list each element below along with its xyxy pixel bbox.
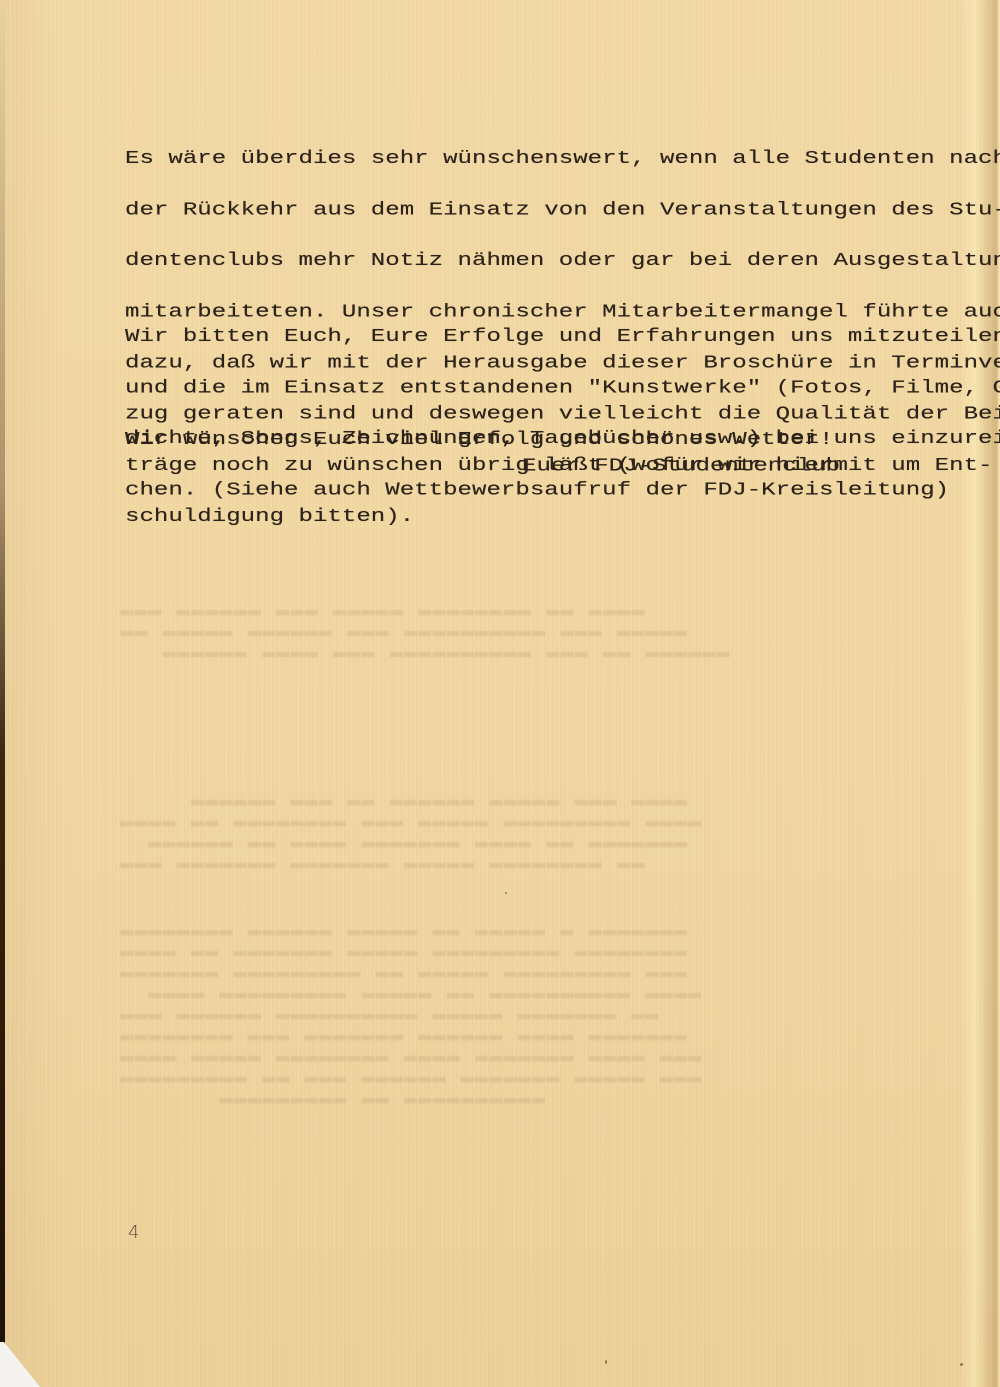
text-line: chen. (Siehe auch Wettbewerbsaufruf der … [125,483,1000,503]
bleed-through-text-upper: ▬▬▬ ▬▬▬▬▬▬ ▬▬▬ ▬▬▬▬▬ ▬▬▬▬▬▬▬▬ ▬▬ ▬▬▬▬ ▬▬… [120,600,890,690]
signature: Euer FDJ-Studentenclub [522,459,840,475]
paper-speck [960,1363,963,1366]
text-line: Wir bitten Euch, Eure Erfolge und Erfahr… [125,329,1000,349]
document-page: ▬▬▬ ▬▬▬▬▬▬ ▬▬▬ ▬▬▬▬▬ ▬▬▬▬▬▬▬▬ ▬▬ ▬▬▬▬ ▬▬… [0,0,1000,1387]
page-number: 4 [128,1222,139,1243]
text-line: Wir wünschen Euch viel Erfolg und schöne… [125,432,833,452]
text-line: dentenclubs mehr Notiz nähmen oder gar b… [125,254,1000,274]
paper-speck [605,1360,607,1364]
text-line: Es wäre überdies sehr wünschenswert, wen… [125,151,1000,171]
text-line: und die im Einsatz entstandenen "Kunstwe… [125,380,1000,400]
torn-corner [0,1342,40,1387]
text-line: der Rückkehr aus dem Einsatz von den Ver… [125,202,1000,222]
paper-speck [505,892,507,894]
bleed-through-text-lower: ▬▬▬▬▬▬▬▬ ▬▬▬▬▬▬ ▬▬▬▬▬ ▬▬ ▬▬▬▬▬ ▬ ▬▬▬▬▬▬▬… [120,920,890,1140]
binding-edge [0,0,5,1387]
